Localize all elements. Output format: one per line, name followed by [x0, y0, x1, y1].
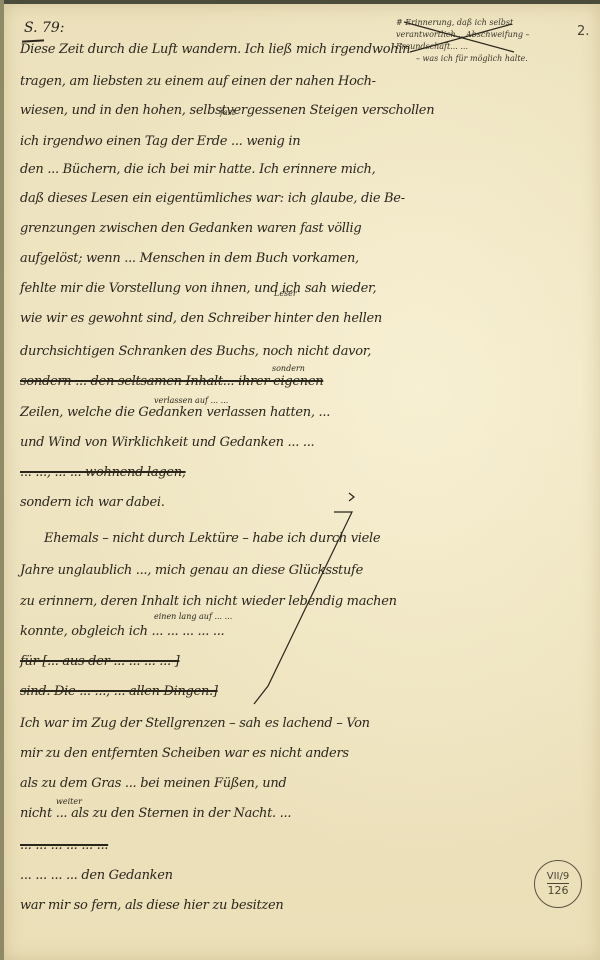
manuscript-page: S. 79: 2. # Erinnerung, daß ich selbst v… [4, 4, 600, 960]
insertion-line [4, 4, 600, 960]
